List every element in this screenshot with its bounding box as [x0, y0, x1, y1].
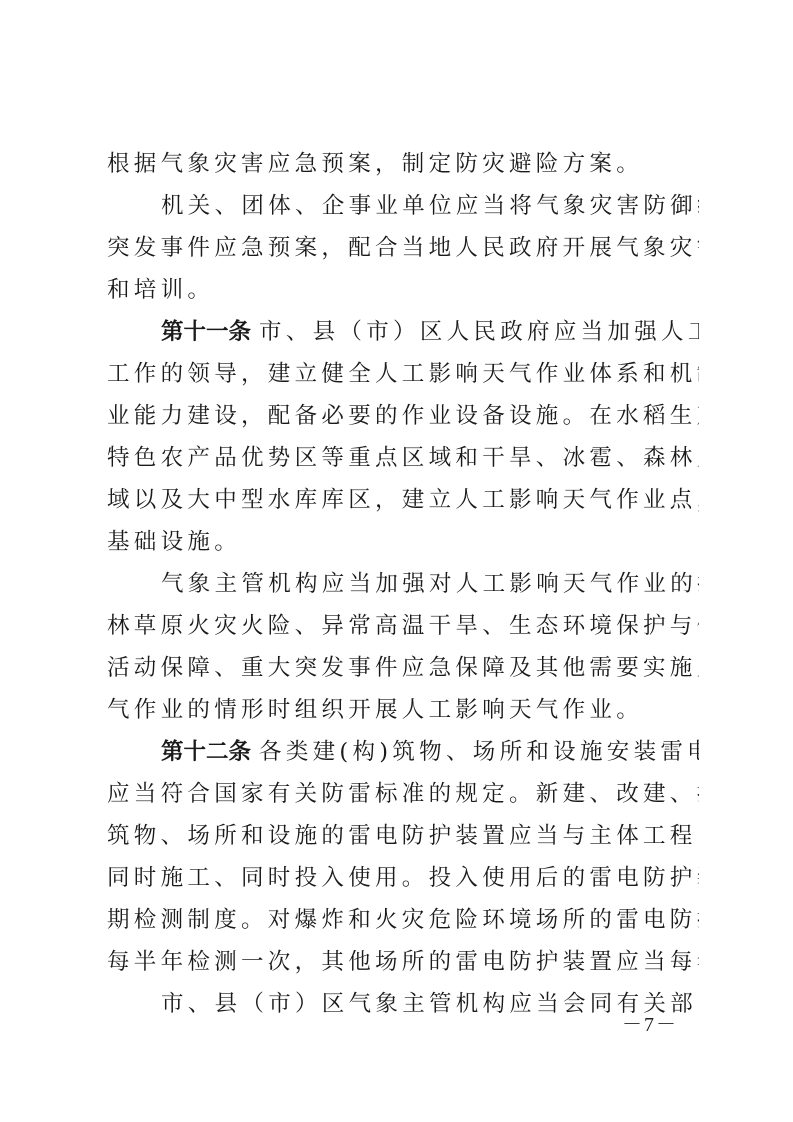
article-heading: 第十二条 — [161, 739, 251, 765]
text-line: 域以及大中型水库库区，建立人工影响天气作业点，完善配套 — [107, 479, 699, 521]
text-line: 活动保障、重大突发事件应急保障及其他需要实施人工影响天 — [107, 647, 699, 689]
document-page: 根据气象灾害应急预案，制定防灾避险方案。 机关、团体、企事业单位应当将气象灾害防… — [107, 143, 699, 1025]
text-line: 筑物、场所和设施的雷电防护装置应当与主体工程同时设计、 — [107, 815, 699, 857]
text-line: 林草原火灾火险、异常高温干旱、生态环境保护与修复、重大 — [107, 605, 699, 647]
text-line: 基础设施。 — [107, 521, 699, 563]
text-line: 期检测制度。对爆炸和火灾危险环境场所的雷电防护装置应当 — [107, 899, 699, 941]
paragraph: 市、县（市）区气象主管机构应当会同有关部门加强对雷 — [107, 983, 699, 1025]
article-text: 市、县（市）区人民政府应当加强人工影响天气 — [259, 319, 699, 345]
text-line: 第十一条市、县（市）区人民政府应当加强人工影响天气 — [107, 311, 699, 353]
paragraph: 气象主管机构应当加强对人工影响天气作业的指导，在森 林草原火灾火险、异常高温干旱… — [107, 563, 699, 731]
text-line: 突发事件应急预案，配合当地人民政府开展气象灾害应急演练 — [107, 227, 699, 269]
article-text: 各类建(构)筑物、场所和设施安装雷电防护装置 — [259, 739, 699, 765]
text-line: 特色农产品优势区等重点区域和干旱、冰雹、森林火灾多发区 — [107, 437, 699, 479]
text-line: 气象主管机构应当加强对人工影响天气作业的指导，在森 — [107, 563, 699, 605]
text-line: 机关、团体、企事业单位应当将气象灾害防御纳入本单位 — [107, 185, 699, 227]
paragraph: 机关、团体、企事业单位应当将气象灾害防御纳入本单位 突发事件应急预案，配合当地人… — [107, 185, 699, 311]
article-11: 第十一条市、县（市）区人民政府应当加强人工影响天气 工作的领导，建立健全人工影响… — [107, 311, 699, 563]
article-12: 第十二条各类建(构)筑物、场所和设施安装雷电防护装置 应当符合国家有关防雷标准的… — [107, 731, 699, 983]
text-line: 根据气象灾害应急预案，制定防灾避险方案。 — [107, 143, 699, 185]
text-line: 同时施工、同时投入使用。投入使用后的雷电防护装置实行定 — [107, 857, 699, 899]
text-line: 市、县（市）区气象主管机构应当会同有关部门加强对雷 — [107, 983, 699, 1025]
page-number: －7－ — [622, 1008, 678, 1037]
article-heading: 第十一条 — [161, 319, 251, 345]
text-line: 气作业的情形时组织开展人工影响天气作业。 — [107, 689, 699, 731]
paragraph: 根据气象灾害应急预案，制定防灾避险方案。 — [107, 143, 699, 185]
text-line: 第十二条各类建(构)筑物、场所和设施安装雷电防护装置 — [107, 731, 699, 773]
text-line: 应当符合国家有关防雷标准的规定。新建、改建、扩建建(构) — [107, 773, 699, 815]
text-line: 业能力建设，配备必要的作业设备设施。在水稻生产功能区、 — [107, 395, 699, 437]
text-line: 工作的领导，建立健全人工影响天气作业体系和机制，加强作 — [107, 353, 699, 395]
text-line: 和培训。 — [107, 269, 699, 311]
text-line: 每半年检测一次，其他场所的雷电防护装置应当每年检测一次。 — [107, 941, 699, 983]
